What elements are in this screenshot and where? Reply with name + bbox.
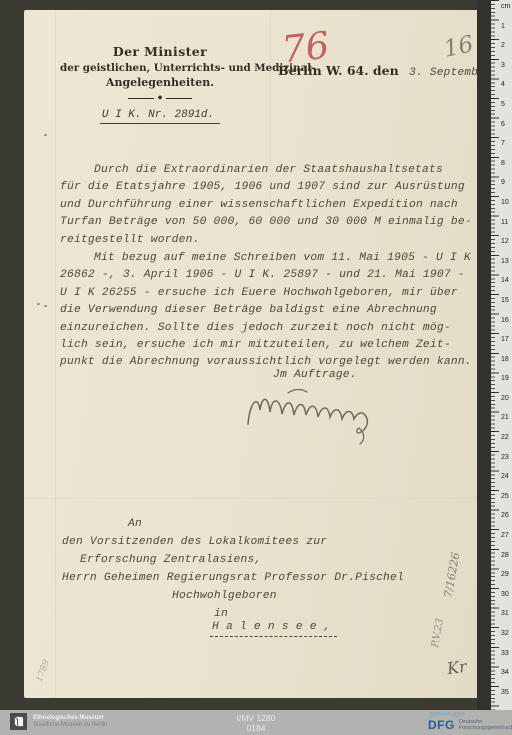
ink-speck	[44, 134, 47, 136]
ruler-shadow-strip	[477, 0, 491, 712]
body-text-line: Turfan Beträge von 50 000, 60 000 und 30…	[60, 214, 478, 231]
dateline-printed: Berlin W. 64. den	[278, 63, 399, 78]
letterhead-line-1: Der Minister	[60, 44, 260, 59]
pencil-margin-code: P.V.23	[430, 618, 446, 649]
faint-pencil-mark: 1789	[35, 659, 52, 684]
ruler-label: 28	[491, 552, 512, 572]
ruler-label: 35	[491, 689, 512, 709]
ruler-label: 15	[491, 297, 512, 317]
ruler-label: 12	[491, 238, 512, 258]
ruler-label: 13	[491, 258, 512, 278]
body-paragraph-2: Mit bezug auf meine Schreiben vom 11. Ma…	[60, 250, 478, 372]
ruler-label: 5	[491, 101, 512, 121]
letterhead-line-2: der geistlichen, Unterrichts- und Medizi…	[60, 62, 260, 74]
ruler-label: cm	[491, 3, 512, 23]
ruler-label: 32	[491, 630, 512, 650]
ruler-labels: cm12345678910111213141516171819202122232…	[491, 3, 512, 708]
body-text-line: lich sein, ersuche ich mir mitzuteilen, …	[60, 337, 478, 354]
letterhead: Der Minister der geistlichen, Unterricht…	[60, 44, 260, 121]
ruler-label: 9	[491, 179, 512, 199]
ruler-label: 21	[491, 414, 512, 434]
body-paragraph-1: Durch die Extraordinarien der Staatshaus…	[60, 162, 478, 249]
address-line: den Vorsitzenden des Lokalkomitees zur	[62, 533, 404, 551]
divider-line	[166, 98, 192, 99]
ruler-label: 33	[491, 650, 512, 670]
body-text-line: die Verwendung dieser Beträge baldigst e…	[60, 302, 478, 319]
address-line: Hochwohlgeboren	[172, 587, 404, 605]
closing-formula: Jm Auftrage.	[273, 369, 357, 381]
signature	[240, 384, 410, 446]
ruler-label: 22	[491, 434, 512, 454]
pencil-page-number: 16	[442, 31, 476, 63]
ruler-label: 26	[491, 512, 512, 532]
ruler-label: 18	[491, 356, 512, 376]
ruler-label: 11	[491, 219, 512, 239]
ruler-strip: cm12345678910111213141516171819202122232…	[491, 0, 512, 712]
pencil-margin-number: 7/16226	[442, 551, 463, 598]
file-number: U I K. Nr. 2891d.	[60, 109, 260, 121]
divider-line	[128, 98, 154, 99]
ruler-label: 7	[491, 140, 512, 160]
body-text-line: und Durchführung einer wissenschaftliche…	[60, 197, 478, 214]
ink-speck	[44, 305, 47, 307]
pencil-initials: Kr	[446, 657, 468, 679]
body-text-line: U I K 26255 - ersuche ich Euere Hochwohl…	[60, 285, 478, 302]
ruler-label: 14	[491, 277, 512, 297]
body-text-line: einzureichen. Sollte dies jedoch zurzeit…	[60, 320, 478, 337]
body-text-line: Mit bezug auf meine Schreiben vom 11. Ma…	[60, 250, 478, 267]
ruler-label: 24	[491, 473, 512, 493]
body-text-line: für die Etatsjahre 1905, 1906 und 1907 s…	[60, 179, 478, 196]
ruler-label: 19	[491, 375, 512, 395]
ruler-label: 6	[491, 121, 512, 141]
ruler-label: 34	[491, 669, 512, 689]
scanned-document-page: Der Minister der geistlichen, Unterricht…	[0, 0, 512, 735]
letterhead-line-3: Angelegenheiten.	[60, 76, 260, 89]
body-text-line: 26862 -, 3. April 1906 - U I K. 25897 - …	[60, 267, 478, 284]
ruler-label: 25	[491, 493, 512, 513]
dfg-full-name: Deutsche Forschungsgemeinschaft	[459, 719, 512, 731]
dfg-acronym-text: DFG	[428, 718, 455, 732]
address-line: An	[128, 515, 404, 533]
fold-crease	[55, 10, 56, 698]
dfg-name-line-2: Forschungsgemeinschaft	[459, 725, 512, 731]
dfg-acronym: DFG	[428, 718, 455, 732]
file-number-text: U I K. Nr. 2891d.	[100, 109, 220, 124]
ruler-label: 10	[491, 199, 512, 219]
address-city: H a l e n s e e ,	[210, 621, 337, 637]
ruler-label: 20	[491, 395, 512, 415]
dfg-branding: Gefördert durch DFG Deutsche Forschungsg…	[408, 711, 508, 732]
ruler-label: 17	[491, 336, 512, 356]
body-text-line: punkt die Abrechnung voraussichtlich vor…	[60, 354, 478, 371]
ruler-label: 23	[491, 454, 512, 474]
ruler-label: 27	[491, 532, 512, 552]
dfg-swoosh-icon	[426, 713, 460, 719]
letter-paper: Der Minister der geistlichen, Unterricht…	[24, 10, 478, 698]
address-block: Anden Vorsitzenden des Lokalkomitees zur…	[62, 515, 404, 623]
body-text-line: reitgestellt worden.	[60, 232, 478, 249]
ruler-label: 4	[491, 81, 512, 101]
letterhead-divider: ◆	[60, 95, 260, 101]
address-line: Herrn Geheimen Regierungsrat Professor D…	[62, 569, 404, 587]
ink-speck	[37, 303, 40, 305]
body-text-line: Durch die Extraordinarien der Staatshaus…	[60, 162, 478, 179]
fold-crease	[24, 498, 478, 499]
ruler-label: 29	[491, 571, 512, 591]
ruler-label: 2	[491, 42, 512, 62]
ruler-scale: cm12345678910111213141516171819202122232…	[477, 0, 512, 712]
dfg-logo: DFG Deutsche Forschungsgemeinschaft	[428, 718, 508, 732]
address-line: Erforschung Zentralasiens,	[80, 551, 404, 569]
ruler-label: 3	[491, 62, 512, 82]
ornament-icon: ◆	[158, 95, 163, 101]
ruler-label: 31	[491, 610, 512, 630]
ruler-label: 1	[491, 23, 512, 43]
ruler-label: 16	[491, 317, 512, 337]
footer-bar: Ethnologisches Museum Staatliche Museen …	[0, 710, 512, 735]
ruler-label: 30	[491, 591, 512, 611]
ruler-label: 8	[491, 160, 512, 180]
